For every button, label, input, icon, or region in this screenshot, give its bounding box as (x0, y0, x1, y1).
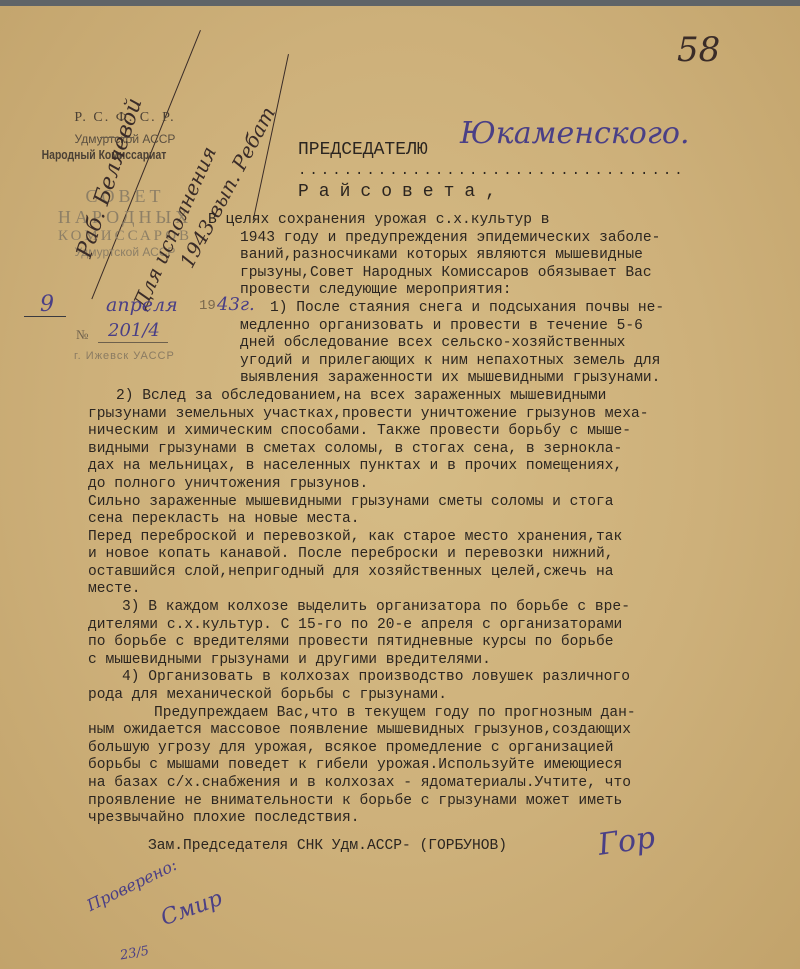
body-line: сена перекласть на новые места. (88, 511, 788, 529)
body-line: ническим и химическим способами. Также п… (88, 423, 788, 441)
body-line: рода для механической борьбы с грызунами… (88, 687, 788, 705)
body-line: дителями с.х.культур. С 15-го по 20-е ап… (88, 617, 788, 635)
body-line: месте. (88, 581, 788, 599)
body-line: 4) Организовать в колхозах производство … (88, 669, 788, 687)
verification-signature: Смир (158, 886, 226, 931)
body-line: 3) В каждом колхозе выделить организатор… (88, 599, 788, 617)
document-body: В целях сохранения урожая с.х.культур в … (88, 212, 788, 828)
addressee-council: Райсовета, (298, 182, 800, 202)
body-line: ваний,разносчиками которых являются мыше… (88, 247, 788, 265)
body-line: с мышевидными грызунами и другими вредит… (88, 652, 788, 670)
body-line: видными грызунами в сметах соломы, в сто… (88, 441, 788, 459)
body-line: грызуны,Совет Народных Комиссаров обязыв… (88, 265, 788, 283)
body-line: по борьбе с вредителями провести пятидне… (88, 634, 788, 652)
body-line: борьбы с мышами поведет к гибели урожая.… (88, 757, 788, 775)
body-line: до полного уничтожения грызунов. (88, 476, 788, 494)
document-number: № 201/4 (76, 326, 88, 344)
body-line: угодий и прилегающих к ним непахотных зе… (88, 353, 788, 371)
body-line: Перед переброской и перевозкой, как стар… (88, 529, 788, 547)
body-line: большую угрозу для урожая, всякое промед… (88, 740, 788, 758)
body-line: 1943 году и предупреждения эпидемических… (88, 230, 788, 248)
addressee-title: ПРЕДСЕДАТЕЛЮ (298, 140, 428, 160)
archive-page-number: 58 (677, 30, 720, 70)
body-line: В целях сохранения урожая с.х.культур в (88, 212, 788, 230)
archival-document-page: 58 Р. С. Ф. С. Р. Удмуртской АССР Народн… (0, 6, 800, 969)
body-line: Сильно зараженные мышевидными грызунами … (88, 494, 788, 512)
handwritten-signature: Гор (596, 820, 657, 863)
date-underline (24, 316, 66, 317)
signatory-line: Зам.Председателя СНК Удм.АССР- (ГОРБУНОВ… (148, 838, 507, 854)
body-line: 1) После стаяния снега и подсыхания почв… (88, 300, 788, 318)
body-line: медленно организовать и провести в течен… (88, 318, 788, 336)
body-line: дах на мельницах, в населенных пунктах и… (88, 458, 788, 476)
date-day: 9 (40, 292, 54, 317)
body-line: грызунами земельных участках,провести ун… (88, 406, 788, 424)
body-line: проявление не внимательности к борьбе с … (88, 793, 788, 811)
body-line: на базах с/х.снабжения и в колхозах - яд… (88, 775, 788, 793)
body-line: провести следующие мероприятия: (88, 282, 788, 300)
body-line: выявления зараженности их мышевидными гр… (88, 370, 788, 388)
body-line: дней обследование всех сельско-хозяйстве… (88, 335, 788, 353)
addressee-block: ПРЕДСЕДАТЕЛЮ ...........................… (298, 140, 800, 202)
body-line: ным ожидается массовое появление мышевид… (88, 722, 788, 740)
body-line: Предупреждаем Вас,что в текущем году по … (88, 705, 788, 723)
verification-date: 23/5 (119, 944, 150, 964)
addressee-dots: .................................. (298, 163, 686, 179)
body-line: 2) Вслед за обследованием,на всех зараже… (88, 388, 788, 406)
body-line: оставшийся слой,непригодный для хозяйств… (88, 564, 788, 582)
number-label: № (76, 327, 88, 342)
body-line: и новое копать канавой. После переброски… (88, 546, 788, 564)
body-line: чрезвычайно плохие последствия. (88, 810, 788, 828)
